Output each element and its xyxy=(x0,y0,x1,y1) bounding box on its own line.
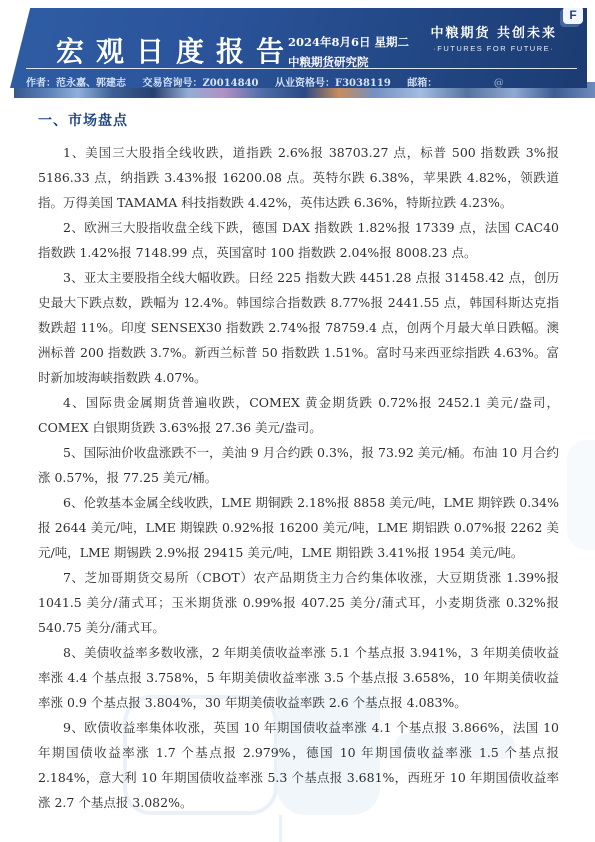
company-logo-icon: F xyxy=(563,6,583,24)
paragraph-5: 5、国际油价收盘涨跌不一，美油 9 月合约跌 0.3%，报 73.92 美元/桶… xyxy=(38,440,559,490)
paragraph-7: 7、芝加哥期货交易所（CBOT）农产品期货主力合约集体收涨，大豆期货涨 1.39… xyxy=(38,565,559,640)
watermark-shape-right xyxy=(567,440,595,550)
authors-label: 作者：范永嘉、郭建志 xyxy=(26,78,126,89)
author-credentials-row: 作者：范永嘉、郭建志 交易咨询号：Z0014840 从业资格号：F3038119… xyxy=(26,74,577,89)
report-institute: 中粮期货研究院 xyxy=(288,52,409,72)
email-masked: @ xyxy=(494,78,504,89)
banner-divider xyxy=(26,68,577,69)
report-title: 宏观日度报告 xyxy=(56,30,296,70)
report-date: 2024年8月6日 星期二 xyxy=(288,32,409,52)
report-header-banner: 宏观日度报告 2024年8月6日 星期二 中粮期货研究院 中粮期货 共创未来 ·… xyxy=(10,8,587,88)
report-date-block: 2024年8月6日 星期二 中粮期货研究院 xyxy=(288,32,409,72)
paragraph-6: 6、伦敦基本金属全线收跌，LME 期铜跌 2.18%报 8858 美元/吨，LM… xyxy=(38,490,559,565)
brand-slogan-en: ·FUTURES FOR FUTURE· xyxy=(430,44,557,53)
advisory-number: 交易咨询号：Z0014840 xyxy=(142,78,258,89)
paragraph-1: 1、美国三大股指全线收跌，道指跌 2.6%报 38703.27 点，标普 500… xyxy=(38,140,559,215)
report-page: 宏观日度报告 2024年8月6日 星期二 中粮期货研究院 中粮期货 共创未来 ·… xyxy=(0,0,595,842)
section-heading: 一、市场盘点 xyxy=(38,110,559,130)
paragraph-3: 3、亚太主要股指全线大幅收跌。日经 225 指数大跌 4451.28 点报 31… xyxy=(38,265,559,390)
brand-block: 中粮期货 共创未来 ·FUTURES FOR FUTURE· xyxy=(430,22,557,53)
paragraph-4: 4、国际贵金属期货普遍收跌，COMEX 黄金期货跌 0.72%报 2452.1 … xyxy=(38,390,559,440)
paragraph-2: 2、欧洲三大股指收盘全线下跌，德国 DAX 指数跌 1.82%报 17339 点… xyxy=(38,215,559,265)
paragraph-8: 8、美债收益率多数收涨，2 年期美债收益率涨 5.1 个基点报 3.941%，3… xyxy=(38,640,559,715)
email-label: 邮箱： xyxy=(407,78,437,89)
watermark-line xyxy=(279,815,282,842)
report-body: 一、市场盘点 1、美国三大股指全线收跌，道指跌 2.6%报 38703.27 点… xyxy=(38,110,559,815)
paragraph-9: 9、欧债收益率集体收涨，英国 10 年期国债收益率涨 4.1 个基点报 3.86… xyxy=(38,715,559,815)
brand-slogan-cn: 中粮期货 共创未来 xyxy=(430,22,557,41)
qualification-number: 从业资格号：F3038119 xyxy=(275,78,391,89)
